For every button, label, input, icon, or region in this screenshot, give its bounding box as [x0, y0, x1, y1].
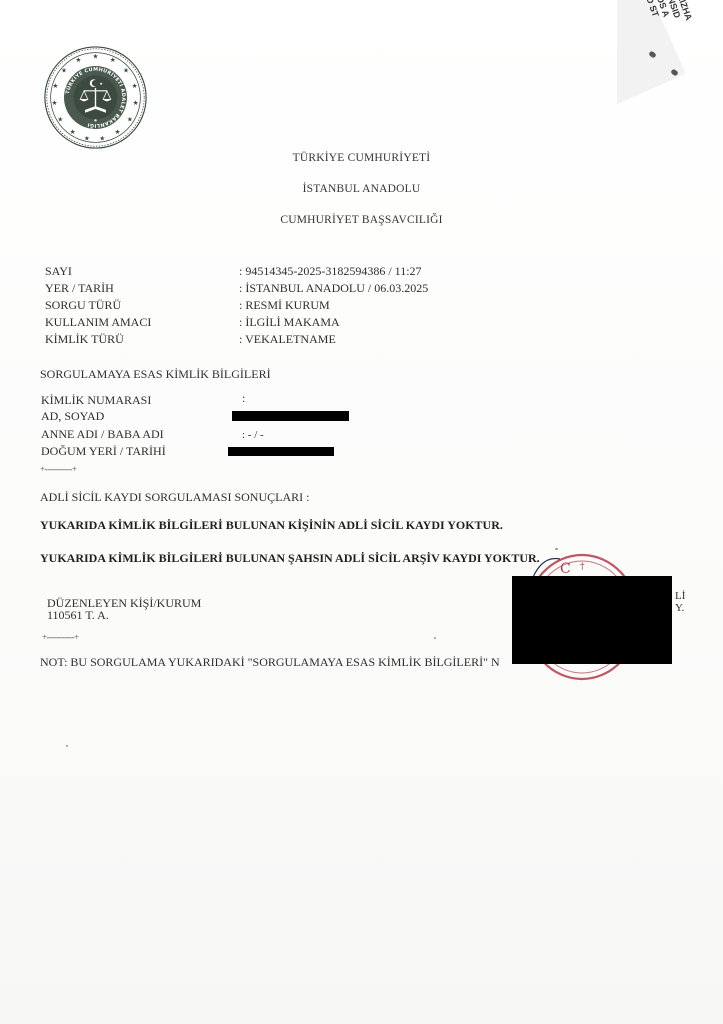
separator-line: +-----------+ — [40, 464, 77, 474]
id-value-kimlik-numarasi: : — [242, 391, 245, 405]
svg-text:★: ★ — [99, 81, 103, 86]
corner-label-scrap: LIMITI AIZHA S BURNSID 038 LOS A NITED S… — [617, 0, 723, 106]
id-value-anne-baba-adi: : - / - — [242, 428, 264, 442]
scan-speck — [555, 548, 558, 550]
meta-value-sayi: : 94514345-2025-3182594386 / 11:27 — [239, 264, 422, 278]
right-fragment-2: Y. — [675, 602, 684, 614]
svg-text:★: ★ — [123, 67, 129, 75]
svg-text:★: ★ — [132, 82, 138, 90]
scan-speck — [434, 637, 436, 639]
svg-text:★: ★ — [84, 134, 90, 142]
svg-text:†: † — [580, 562, 585, 572]
svg-text:★: ★ — [127, 115, 133, 123]
issuer-value: 110561 T. A. — [47, 609, 109, 621]
svg-text:★: ★ — [114, 128, 120, 136]
svg-text:★: ★ — [51, 99, 57, 107]
meta-label-sayi: SAYI — [45, 264, 72, 278]
document-page: ★ ★ ★ ★ ★ ★ ★ ★ ★ ★ ★ ★ ★ ★ ★ ★ — [0, 0, 723, 1024]
meta-label-yer-tarih: YER / TARİH — [45, 281, 114, 295]
svg-text:★: ★ — [93, 52, 99, 60]
meta-label-kullanim-amaci: KULLANIM AMACI — [45, 315, 151, 329]
meta-label-kimlik-turu: KİMLİK TÜRÜ — [45, 332, 124, 346]
header-office: CUMHURİYET BAŞSAVCILIĞI — [0, 214, 723, 226]
header-region: İSTANBUL ANADOLU — [0, 183, 723, 195]
note-text: NOT: BU SORGULAMA YUKARIDAKİ "SORGULAMAY… — [40, 655, 500, 670]
svg-text:★: ★ — [52, 82, 58, 90]
meta-label-sorgu-turu: SORGU TÜRÜ — [45, 298, 121, 312]
svg-text:★: ★ — [133, 99, 139, 107]
id-label-dogum-yeri-tarihi: DOĞUM YERİ / TARİHİ — [41, 444, 166, 458]
result-no-record: YUKARIDA KİMLİK BİLGİLERİ BULUNAN KİŞİNİ… — [40, 518, 503, 533]
result-no-archive-record: YUKARIDA KİMLİK BİLGİLERİ BULUNAN ŞAHSIN… — [40, 551, 540, 566]
scan-speck — [66, 745, 68, 747]
svg-text:★: ★ — [110, 56, 116, 64]
svg-text:C: C — [560, 561, 571, 577]
svg-text:★: ★ — [61, 67, 67, 75]
redacted-name-block — [232, 411, 349, 421]
results-title: ADLİ SİCİL KAYDI SORGULAMASI SONUÇLARI : — [40, 490, 309, 505]
id-label-kimlik-numarasi: KİMLİK NUMARASI — [41, 393, 151, 407]
svg-text:★: ★ — [99, 134, 105, 142]
meta-value-yer-tarih: : İSTANBUL ANADOLU / 06.03.2025 — [239, 281, 428, 295]
identity-section-title: SORGULAMAYA ESAS KİMLİK BİLGİLERİ — [40, 367, 271, 382]
redacted-stamp-block — [512, 576, 672, 664]
meta-value-kimlik-turu: : VEKALETNAME — [239, 332, 336, 346]
svg-text:★: ★ — [75, 56, 81, 64]
meta-value-kullanim-amaci: : İLGİLİ MAKAMA — [239, 315, 340, 329]
header-country: TÜRKİYE CUMHURİYETİ — [0, 152, 723, 164]
ministry-of-justice-seal-icon: ★ ★ ★ ★ ★ ★ ★ ★ ★ ★ ★ ★ ★ ★ ★ ★ — [43, 45, 148, 150]
svg-text:★: ★ — [70, 128, 76, 136]
svg-text:★: ★ — [57, 115, 63, 123]
meta-value-sorgu-turu: : RESMİ KURUM — [239, 298, 330, 312]
issuer-separator: +-----------+ — [42, 632, 79, 642]
id-label-ad-soyad: AD, SOYAD — [41, 409, 104, 423]
right-fragment-1: Lİ — [675, 590, 685, 602]
redacted-birth-block — [228, 447, 334, 456]
id-label-anne-baba-adi: ANNE ADI / BABA ADI — [41, 427, 164, 441]
